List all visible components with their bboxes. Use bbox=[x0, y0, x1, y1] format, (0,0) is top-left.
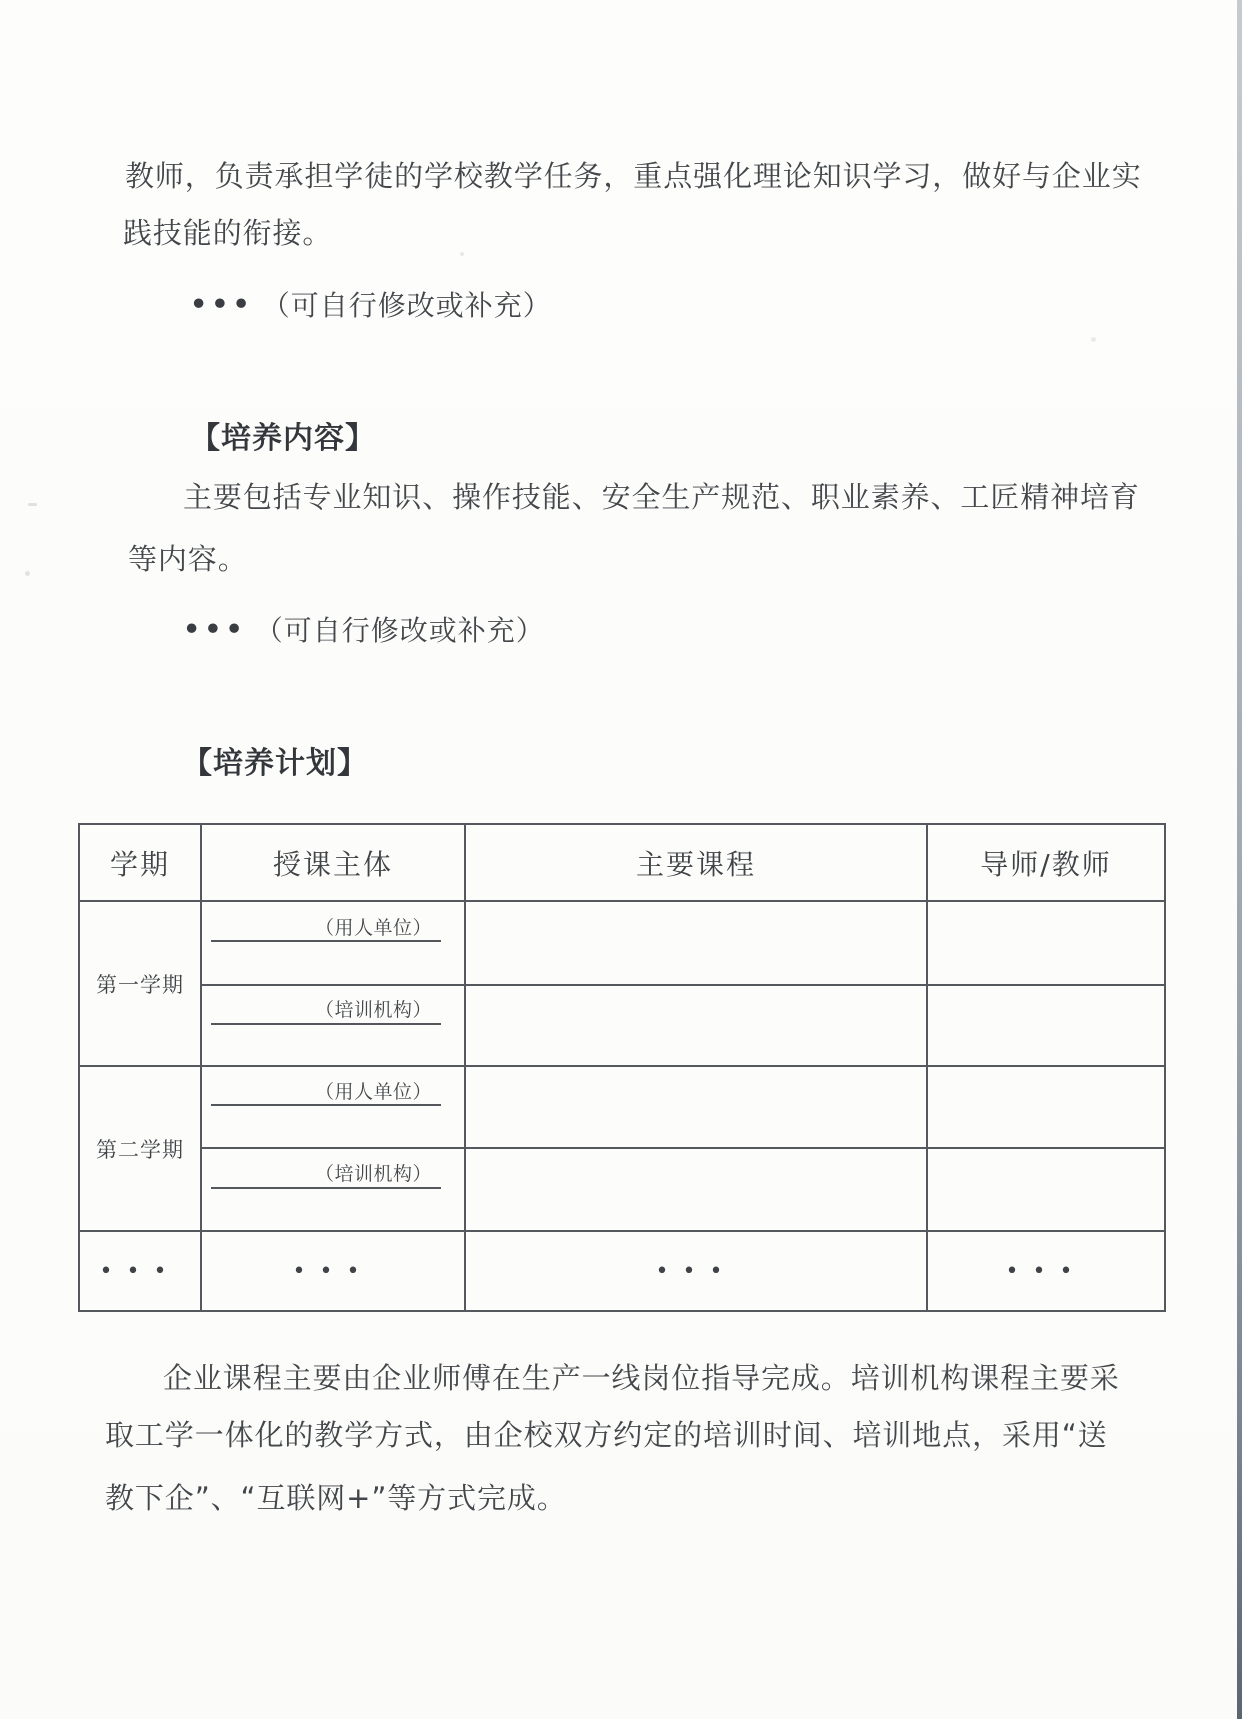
table-row: 第一学期 （用人单位） bbox=[79, 901, 1165, 985]
note-text: （可自行修改或补充） bbox=[255, 614, 545, 647]
ellipsis-dots: ••• bbox=[190, 289, 254, 320]
ellipsis-cell: ••• bbox=[201, 1231, 465, 1311]
column-header-semester: 学期 bbox=[79, 824, 201, 901]
closing-paragraph-line-3: 教下企”、“互联网+”等方式完成。 bbox=[105, 1482, 567, 1515]
section-heading-training-content: 【培养内容】 bbox=[190, 413, 376, 457]
column-header-provider: 授课主体 bbox=[201, 824, 465, 901]
ellipsis-cell: ••• bbox=[927, 1231, 1165, 1311]
training-content-line-1: 主要包括专业知识、操作技能、安全生产规范、职业素养、工匠精神培育 bbox=[183, 481, 1140, 514]
closing-paragraph-line-1: 企业课程主要由企业师傅在生产一线岗位指导完成。培训机构课程主要采 bbox=[163, 1362, 1120, 1395]
semester-cell-2: 第二学期 bbox=[79, 1066, 201, 1231]
table-row: （培训机构） bbox=[79, 985, 1165, 1066]
column-header-mentor: 导师/教师 bbox=[927, 824, 1165, 901]
semester-cell-1: 第一学期 bbox=[79, 901, 201, 1066]
table-row: 第二学期 （用人单位） bbox=[79, 1066, 1165, 1148]
table-row: （培训机构） bbox=[79, 1148, 1165, 1231]
courses-cell-empty bbox=[465, 901, 927, 985]
intro-paragraph-line-2: 践技能的衔接。 bbox=[123, 217, 332, 250]
column-header-courses: 主要课程 bbox=[465, 824, 927, 901]
provider-label: （培训机构） bbox=[315, 1164, 432, 1185]
mentor-cell-empty bbox=[927, 901, 1165, 985]
fill-in-blank: （培训机构） bbox=[211, 1164, 441, 1189]
scan-speck bbox=[460, 252, 464, 256]
provider-cell: （用人单位） bbox=[201, 1066, 465, 1148]
table-ellipsis-row: ••• ••• ••• ••• bbox=[79, 1231, 1165, 1311]
courses-cell-empty bbox=[465, 1066, 927, 1148]
provider-cell: （培训机构） bbox=[201, 1148, 465, 1231]
courses-cell-empty bbox=[465, 1148, 927, 1231]
table-header-row: 学期 授课主体 主要课程 导师/教师 bbox=[79, 824, 1165, 901]
mentor-cell-empty bbox=[927, 1148, 1165, 1231]
training-content-note: •••（可自行修改或补充） bbox=[183, 609, 545, 649]
scan-speck bbox=[28, 503, 37, 506]
training-plan-table: 学期 授课主体 主要课程 导师/教师 第一学期 （用人单位） （培训机构） 第二… bbox=[78, 823, 1166, 1312]
scan-speck bbox=[1091, 337, 1096, 342]
scan-edge-shadow bbox=[1237, 0, 1242, 1719]
provider-cell: （培训机构） bbox=[201, 985, 465, 1066]
intro-note: •••（可自行修改或补充） bbox=[190, 284, 552, 324]
ellipsis-cell: ••• bbox=[465, 1231, 927, 1311]
provider-label: （用人单位） bbox=[315, 1082, 432, 1103]
training-content-line-2: 等内容。 bbox=[128, 543, 248, 576]
note-text: （可自行修改或补充） bbox=[262, 289, 552, 322]
fill-in-blank: （用人单位） bbox=[211, 918, 441, 943]
provider-label: （用人单位） bbox=[315, 918, 432, 939]
closing-paragraph-line-2: 取工学一体化的教学方式，由企校双方约定的培训时间、培训地点，采用“送 bbox=[105, 1419, 1108, 1452]
fill-in-blank: （培训机构） bbox=[211, 1000, 441, 1025]
mentor-cell-empty bbox=[927, 985, 1165, 1066]
section-heading-training-plan: 【培养计划】 bbox=[182, 738, 368, 782]
provider-label: （培训机构） bbox=[315, 1000, 432, 1021]
intro-paragraph-line-1: 教师，负责承担学徒的学校教学任务，重点强化理论知识学习，做好与企业实 bbox=[125, 160, 1142, 193]
mentor-cell-empty bbox=[927, 1066, 1165, 1148]
fill-in-blank: （用人单位） bbox=[211, 1082, 441, 1107]
ellipsis-cell: ••• bbox=[79, 1231, 201, 1311]
scanned-document-page: 教师，负责承担学徒的学校教学任务，重点强化理论知识学习，做好与企业实 践技能的衔… bbox=[0, 0, 1242, 1719]
courses-cell-empty bbox=[465, 985, 927, 1066]
provider-cell: （用人单位） bbox=[201, 901, 465, 985]
scan-speck bbox=[25, 571, 30, 576]
ellipsis-dots: ••• bbox=[183, 614, 247, 645]
